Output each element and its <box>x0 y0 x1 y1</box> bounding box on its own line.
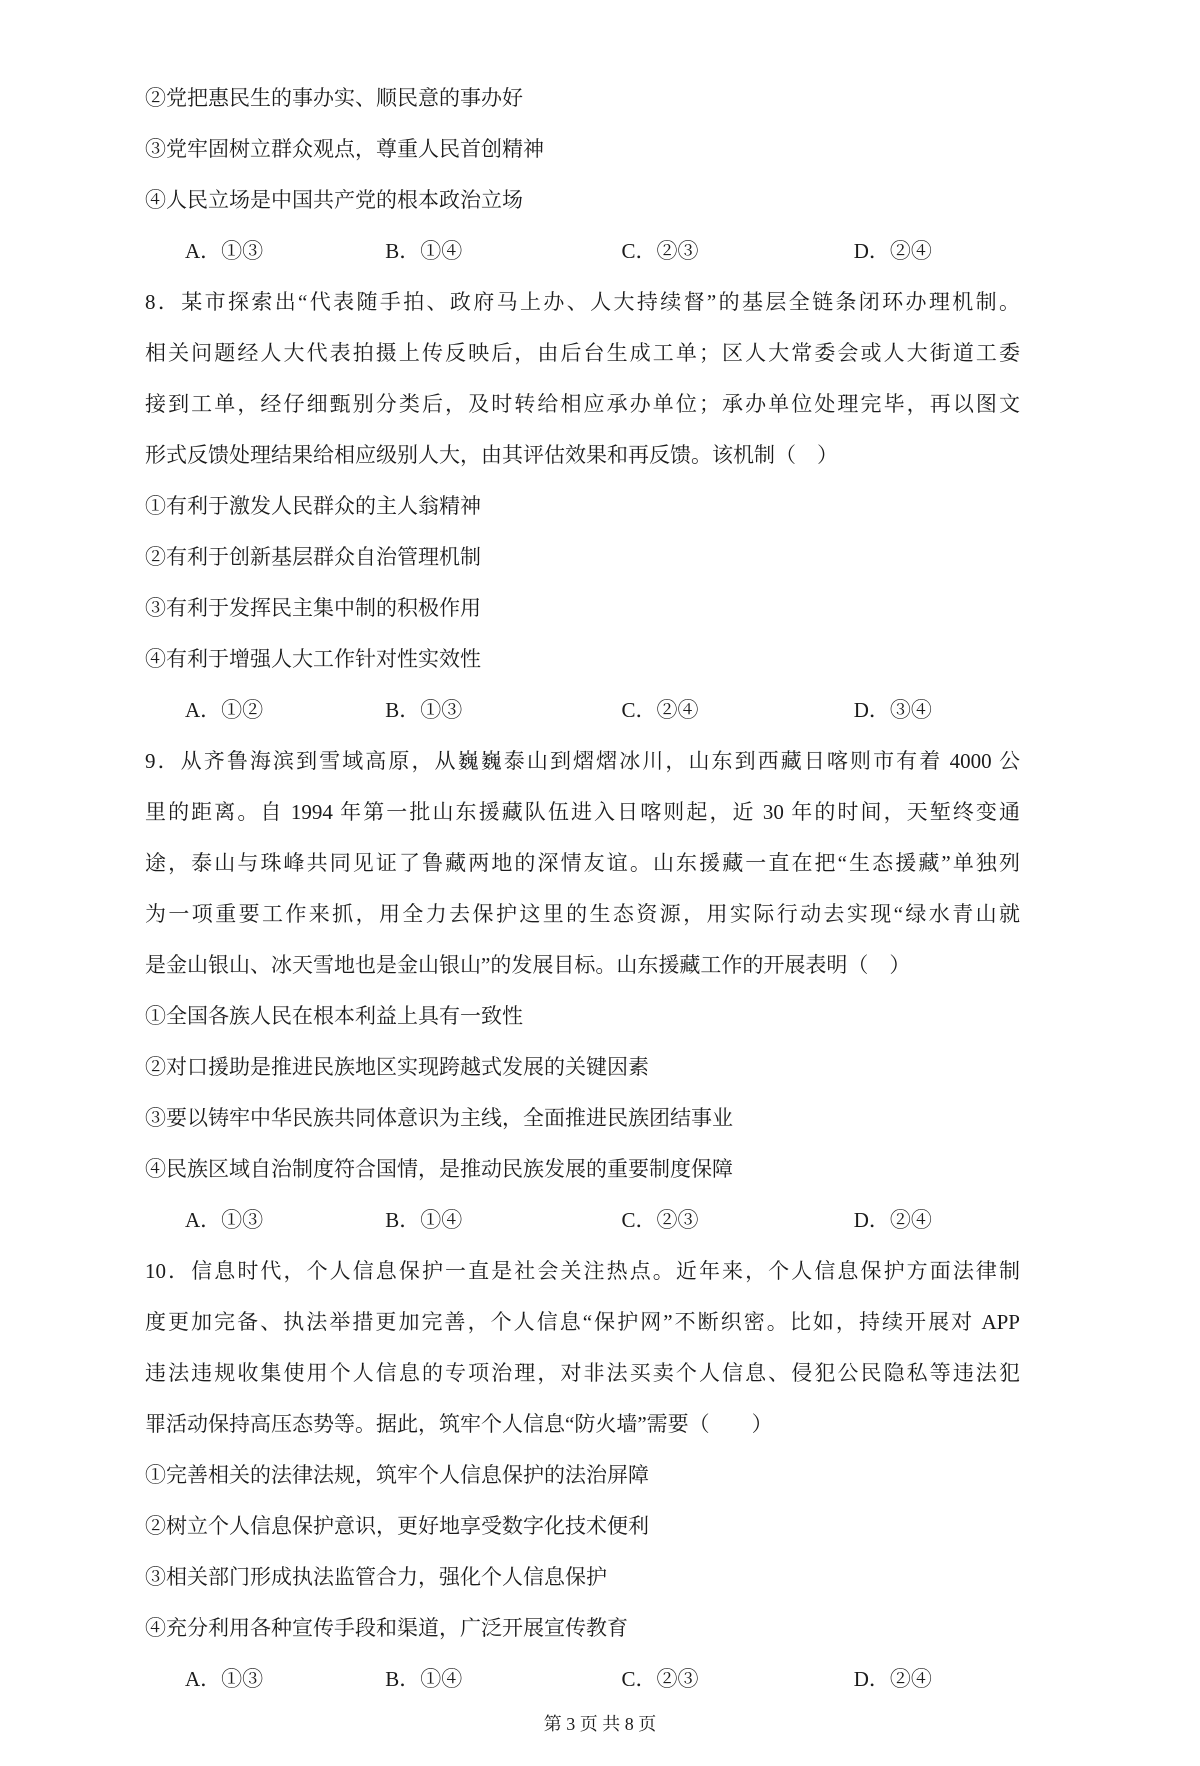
q9-stem-line-4: 为一项重要工作来抓，用全力去保护这里的生态资源，用实际行动去实现“绿水青山就 <box>145 889 1020 940</box>
q9-option-4: ④民族区域自治制度符合国情，是推动民族发展的重要制度保障 <box>145 1144 1020 1195</box>
q10-option-3: ③相关部门形成执法监管合力，强化个人信息保护 <box>145 1552 1020 1603</box>
q10-stem-line-3: 违法违规收集使用个人信息的专项治理，对非法买卖个人信息、侵犯公民隐私等违法犯 <box>145 1348 1020 1399</box>
q9-stem-line-1: 9．从齐鲁海滨到雪域高原，从巍巍泰山到熠熠冰川，山东到西藏日喀则市有着 4000… <box>145 736 1020 787</box>
answer-choice-b: B．①④ <box>385 1654 616 1705</box>
q9-answer-row: A．①③ B．①④ C．②③ D．②④ <box>145 1195 1020 1246</box>
q8-stem-line-4: 形式反馈处理结果给相应级别人大，由其评估效果和再反馈。该机制（ ） <box>145 430 1020 481</box>
q9-option-2: ②对口援助是推进民族地区实现跨越式发展的关键因素 <box>145 1042 1020 1093</box>
q10-option-4: ④充分利用各种宣传手段和渠道，广泛开展宣传教育 <box>145 1603 1020 1654</box>
answer-choice-c: C．②③ <box>622 1195 849 1246</box>
q9-stem-line-3: 途，泰山与珠峰共同见证了鲁藏两地的深情友谊。山东援藏一直在把“生态援藏”单独列 <box>145 838 1020 889</box>
q8-option-1: ①有利于激发人民群众的主人翁精神 <box>145 481 1020 532</box>
answer-choice-c: C．②④ <box>622 685 849 736</box>
answer-choice-d: D．②④ <box>854 226 932 277</box>
q8-option-3: ③有利于发挥民主集中制的积极作用 <box>145 583 1020 634</box>
q9-stem-line-2: 里的距离。自 1994 年第一批山东援藏队伍进入日喀则起，近 30 年的时间，天… <box>145 787 1020 838</box>
answer-choice-d: D．②④ <box>854 1195 932 1246</box>
q8-option-2: ②有利于创新基层群众自治管理机制 <box>145 532 1020 583</box>
prev-question-answer-row: A．①③ B．①④ C．②③ D．②④ <box>145 226 1020 277</box>
prev-question-option-4: ④人民立场是中国共产党的根本政治立场 <box>145 175 1020 226</box>
q10-stem-line-2: 度更加完备、执法举措更加完善，个人信息“保护网”不断织密。比如，持续开展对 AP… <box>145 1297 1020 1348</box>
q8-stem-line-2: 相关问题经人大代表拍摄上传反映后，由后台生成工单；区人大常委会或人大街道工委 <box>145 328 1020 379</box>
prev-question-option-3: ③党牢固树立群众观点，尊重人民首创精神 <box>145 124 1020 175</box>
exam-page: ②党把惠民生的事办实、顺民意的事办好 ③党牢固树立群众观点，尊重人民首创精神 ④… <box>0 0 1200 1766</box>
answer-choice-c: C．②③ <box>622 226 849 277</box>
q10-option-1: ①完善相关的法律法规，筑牢个人信息保护的法治屏障 <box>145 1450 1020 1501</box>
q9-option-1: ①全国各族人民在根本利益上具有一致性 <box>145 991 1020 1042</box>
answer-choice-b: B．①④ <box>385 1195 616 1246</box>
prev-question-option-2: ②党把惠民生的事办实、顺民意的事办好 <box>145 73 1020 124</box>
q9-option-3: ③要以铸牢中华民族共同体意识为主线，全面推进民族团结事业 <box>145 1093 1020 1144</box>
q9-stem-line-5: 是金山银山、冰天雪地也是金山银山”的发展目标。山东援藏工作的开展表明（ ） <box>145 940 1020 991</box>
q8-stem-line-3: 接到工单，经仔细甄别分类后，及时转给相应承办单位；承办单位处理完毕，再以图文 <box>145 379 1020 430</box>
answer-choice-b: B．①④ <box>385 226 616 277</box>
q10-stem-line-1: 10．信息时代，个人信息保护一直是社会关注热点。近年来，个人信息保护方面法律制 <box>145 1246 1020 1297</box>
answer-choice-b: B．①③ <box>385 685 616 736</box>
q8-option-4: ④有利于增强人大工作针对性实效性 <box>145 634 1020 685</box>
q10-answer-row: A．①③ B．①④ C．②③ D．②④ <box>145 1654 1020 1705</box>
answer-choice-a: A．①③ <box>185 1195 380 1246</box>
answer-choice-c: C．②③ <box>622 1654 849 1705</box>
page-footer: 第 3 页 共 8 页 <box>20 1712 1180 1736</box>
answer-choice-d: D．②④ <box>854 1654 932 1705</box>
q8-stem-line-1: 8．某市探索出“代表随手拍、政府马上办、人大持续督”的基层全链条闭环办理机制。 <box>145 277 1020 328</box>
answer-choice-a: A．①② <box>185 685 380 736</box>
answer-choice-d: D．③④ <box>854 685 932 736</box>
answer-choice-a: A．①③ <box>185 1654 380 1705</box>
answer-choice-a: A．①③ <box>185 226 380 277</box>
q10-stem-line-4: 罪活动保持高压态势等。据此，筑牢个人信息“防火墙”需要（ ） <box>145 1399 1020 1450</box>
q8-answer-row: A．①② B．①③ C．②④ D．③④ <box>145 685 1020 736</box>
q10-option-2: ②树立个人信息保护意识，更好地享受数字化技术便利 <box>145 1501 1020 1552</box>
